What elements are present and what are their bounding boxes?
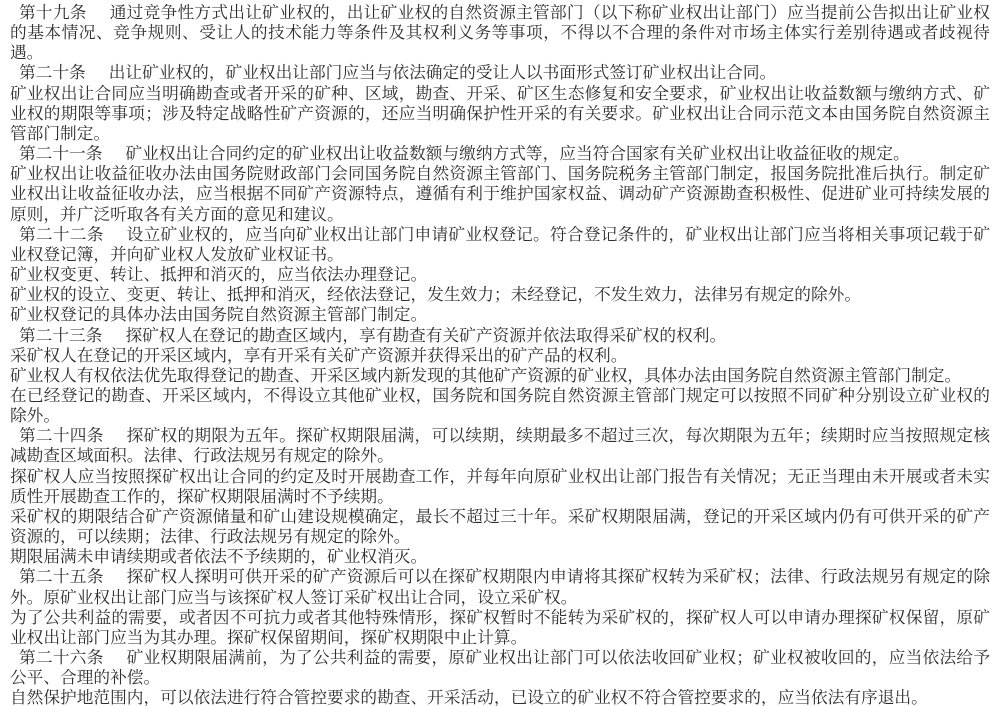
article-paragraph: 第二十二条设立矿业权的，应当向矿业权出让部门申请矿业权登记。符合登记条件的，矿业… <box>10 225 990 265</box>
paragraph: 期限届满未申请续期或者依法不予续期的，矿业权消灭。 <box>10 547 990 567</box>
article-number: 第二十三条 <box>19 326 102 345</box>
article-number: 第十九条 <box>19 3 87 22</box>
article-paragraph: 第二十条出让矿业权的，矿业权出让部门应当与依法确定的受让人以书面形式签订矿业权出… <box>10 63 990 83</box>
article-text: 探矿权人在登记的勘查区域内，享有勘查有关矿产资源并依法取得采矿权的权利。 <box>125 326 726 345</box>
paragraph: 自然保护地范围内，可以依法进行符合管控要求的勘查、开采活动，已设立的矿业权不符合… <box>10 688 990 706</box>
paragraph: 为了公共利益的需要，或者因不可抗力或者其他特殊情形，探矿权暂时不能转为采矿权的，… <box>10 608 990 648</box>
paragraph: 矿业权登记的具体办法由国务院自然资源主管部门制定。 <box>10 305 990 325</box>
paragraph: 矿业权人有权依法优先取得登记的勘查、开采区域内新发现的其他矿产资源的矿业权，具体… <box>10 366 990 386</box>
article-paragraph: 第二十六条矿业权期限届满前，为了公共利益的需要，原矿业权出让部门可以依法收回矿业… <box>10 648 990 688</box>
article-number: 第二十一条 <box>19 144 102 163</box>
article-number: 第二十六条 <box>19 648 104 667</box>
law-document-body: 第十九条通过竞争性方式出让矿业权的，出让矿业权的自然资源主管部门（以下称矿业权出… <box>0 0 1000 706</box>
paragraph: 矿业权出让合同应当明确勘查或者开采的矿种、区域，勘查、开采、矿区生态修复和安全要… <box>10 84 990 144</box>
article-text: 出让矿业权的，矿业权出让部门应当与依法确定的受让人以书面形式签订矿业权出让合同。 <box>109 63 777 82</box>
article-text: 通过竞争性方式出让矿业权的，出让矿业权的自然资源主管部门（以下称矿业权出让部门）… <box>10 3 990 62</box>
article-text: 矿业权出让合同约定的矿业权出让收益数额与缴纳方式等，应当符合国家有关矿业权出让收… <box>125 144 909 163</box>
article-paragraph: 第二十三条探矿权人在登记的勘查区域内，享有勘查有关矿产资源并依法取得采矿权的权利… <box>10 326 990 346</box>
paragraph: 采矿权人在登记的开采区域内，享有开采有关矿产资源并获得采出的矿产品的权利。 <box>10 346 990 366</box>
paragraph: 采矿权的期限结合矿产资源储量和矿山建设规模确定，最长不超过三十年。采矿权期限届满… <box>10 507 990 547</box>
article-paragraph: 第二十四条探矿权的期限为五年。探矿权期限届满，可以续期，续期最多不超过三次，每次… <box>10 426 990 466</box>
article-text: 设立矿业权的，应当向矿业权出让部门申请矿业权登记。符合登记条件的，矿业权出让部门… <box>10 225 990 264</box>
paragraph: 矿业权的设立、变更、转让、抵押和消灭，经依法登记，发生效力；未经登记，不发生效力… <box>10 285 990 305</box>
article-text: 探矿权的期限为五年。探矿权期限届满，可以续期，续期最多不超过三次，每次期限为五年… <box>10 426 990 465</box>
article-text: 探矿权人探明可供开采的矿产资源后可以在探矿权期限内申请将其探矿权转为采矿权；法律… <box>10 567 990 606</box>
article-text: 矿业权期限届满前，为了公共利益的需要，原矿业权出让部门可以依法收回矿业权；矿业权… <box>10 648 990 687</box>
paragraph: 矿业权变更、转让、抵押和消灭的，应当依法办理登记。 <box>10 265 990 285</box>
article-number: 第二十二条 <box>19 225 104 244</box>
article-paragraph: 第二十一条矿业权出让合同约定的矿业权出让收益数额与缴纳方式等，应当符合国家有关矿… <box>10 144 990 164</box>
article-paragraph: 第二十五条探矿权人探明可供开采的矿产资源后可以在探矿权期限内申请将其探矿权转为采… <box>10 567 990 607</box>
article-number: 第二十五条 <box>19 567 104 586</box>
article-number: 第二十四条 <box>19 426 104 445</box>
paragraph: 在已经登记的勘查、开采区域内，不得设立其他矿业权，国务院和国务院自然资源主管部门… <box>10 386 990 426</box>
paragraph: 探矿权人应当按照探矿权出让合同的约定及时开展勘查工作，并每年向原矿业权出让部门报… <box>10 467 990 507</box>
paragraph: 矿业权出让收益征收办法由国务院财政部门会同国务院自然资源主管部门、国务院税务主管… <box>10 164 990 224</box>
article-paragraph: 第十九条通过竞争性方式出让矿业权的，出让矿业权的自然资源主管部门（以下称矿业权出… <box>10 3 990 63</box>
article-number: 第二十条 <box>19 63 86 82</box>
